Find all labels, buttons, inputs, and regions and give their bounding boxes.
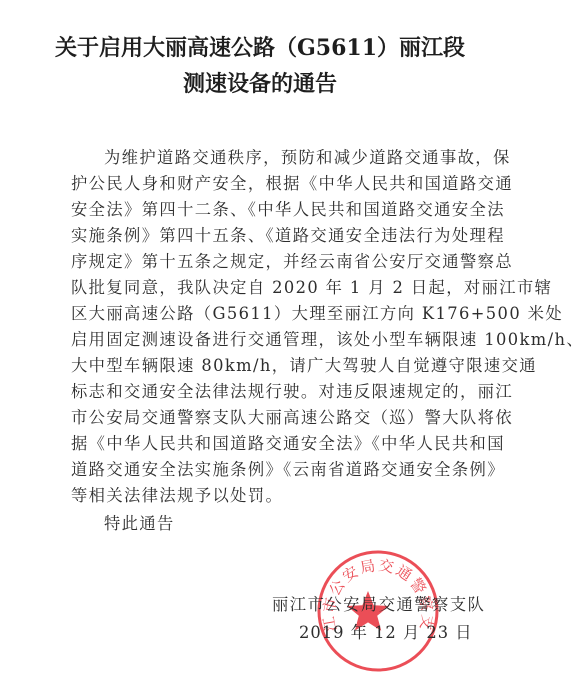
body-line: 标志和交通安全法律法规行驶。对违反限速规定的，丽江	[71, 379, 491, 405]
body-line: 队批复同意，我队决定自 2020 年 1 月 2 日起，对丽江市辖	[71, 275, 491, 301]
document-body: 为维护道路交通秩序，预防和减少道路交通事故，保 护公民人身和财产安全，根据《中华…	[71, 145, 491, 509]
body-line: 大中型车辆限速 80km/h，请广大驾驶人自觉遵守限速交通	[71, 353, 491, 379]
issue-date: 2019 年 12 月 23 日	[299, 620, 473, 646]
body-line: 实施条例》第四十五条、《道路交通安全违法行为处理程	[71, 223, 491, 249]
issuer-name: 丽江市公安局交通警察支队	[272, 592, 485, 618]
body-line: 道路交通安全法实施条例》《云南省道路交通安全条例》	[71, 457, 491, 483]
body-line: 据《中华人民共和国道路交通安全法》《中华人民共和国	[71, 431, 491, 457]
document-title-line-2: 测速设备的通告	[0, 67, 520, 98]
body-line: 为维护道路交通秩序，预防和减少道路交通事故，保	[71, 145, 491, 171]
body-line: 护公民人身和财产安全，根据《中华人民共和国道路交通	[71, 171, 491, 197]
body-line: 市公安局交通警察支队大丽高速公路交（巡）警大队将依	[71, 405, 491, 431]
body-line: 序规定》第十五条之规定，并经云南省公安厅交通警察总	[71, 249, 491, 275]
body-line: 安全法》第四十二条、《中华人民共和国道路交通安全法	[71, 197, 491, 223]
body-line: 启用固定测速设备进行交通管理，该处小型车辆限速 100km/h、	[71, 327, 491, 353]
body-line: 等相关法律法规予以处罚。	[71, 483, 491, 509]
closing-text: 特此通告	[104, 511, 175, 537]
body-line: 区大丽高速公路（G5611）大理至丽江方向 K176+500 米处	[71, 301, 491, 327]
document-title-line-1: 关于启用大丽高速公路（G5611）丽江段	[0, 31, 520, 62]
